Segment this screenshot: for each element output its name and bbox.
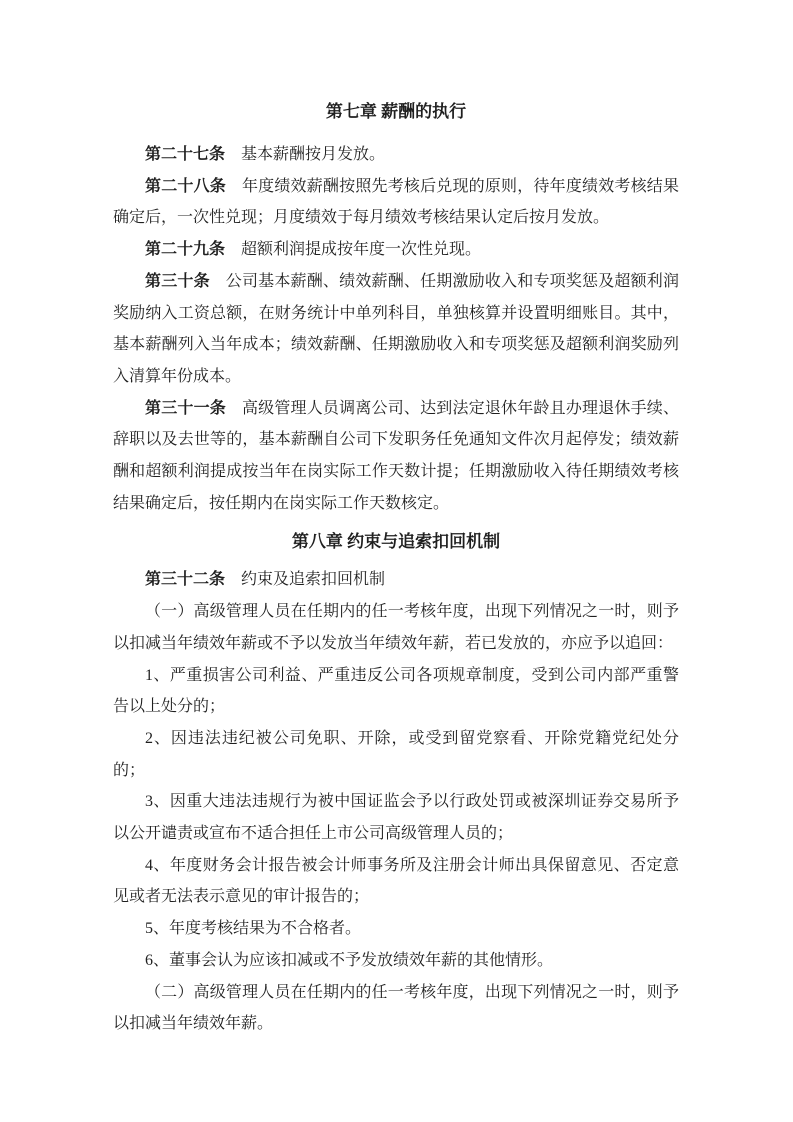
article-32-number: 第三十二条 bbox=[145, 571, 225, 588]
article-30: 第三十条公司基本薪酬、绩效薪酬、任期激励收入和专项奖惩及超额利润奖励纳入工资总额… bbox=[113, 266, 679, 393]
document-page: 第七章 薪酬的执行 第二十七条基本薪酬按月发放。 第二十八条年度绩效薪酬按照先考… bbox=[0, 0, 793, 1122]
clause-2-intro: （二）高级管理人员在任期内的任一考核年度，出现下列情况之一时，则予以扣减当年绩效… bbox=[113, 977, 679, 1040]
article-30-number: 第三十条 bbox=[145, 273, 210, 290]
clause-1-item-1: 1、严重损害公司利益、严重违反公司各项规章制度，受到公司内部严重警告以上处分的； bbox=[113, 660, 679, 723]
article-27-text: 基本薪酬按月发放。 bbox=[241, 146, 385, 163]
article-28: 第二十八条年度绩效薪酬按照先考核后兑现的原则，待年度绩效考核结果确定后，一次性兑… bbox=[113, 171, 679, 234]
article-31-number: 第三十一条 bbox=[145, 400, 226, 417]
chapter-7-heading: 第七章 薪酬的执行 bbox=[113, 96, 679, 128]
clause-1-item-6: 6、董事会认为应该扣减或不予发放绩效年薪的其他情形。 bbox=[113, 945, 679, 977]
article-31: 第三十一条高级管理人员调离公司、达到法定退休年龄且办理退休手续、辞职以及去世等的… bbox=[113, 393, 679, 520]
article-32: 第三十二条约束及追索扣回机制 bbox=[113, 564, 679, 596]
article-27-number: 第二十七条 bbox=[145, 146, 225, 163]
chapter-8-heading: 第八章 约束与追索扣回机制 bbox=[113, 526, 679, 558]
article-29: 第二十九条超额利润提成按年度一次性兑现。 bbox=[113, 234, 679, 266]
clause-1-item-4: 4、年度财务会计报告被会计师事务所及注册会计师出具保留意见、否定意见或者无法表示… bbox=[113, 850, 679, 913]
article-28-number: 第二十八条 bbox=[145, 178, 226, 195]
article-32-text: 约束及追索扣回机制 bbox=[241, 571, 385, 588]
clause-1-item-2: 2、因违法违纪被公司免职、开除，或受到留党察看、开除党籍党纪处分的； bbox=[113, 723, 679, 786]
article-29-number: 第二十九条 bbox=[145, 241, 225, 258]
article-27: 第二十七条基本薪酬按月发放。 bbox=[113, 139, 679, 171]
clause-1-intro: （一）高级管理人员在任期内的任一考核年度，出现下列情况之一时，则予以扣减当年绩效… bbox=[113, 596, 679, 659]
article-29-text: 超额利润提成按年度一次性兑现。 bbox=[241, 241, 481, 258]
clause-1-item-3: 3、因重大违法违规行为被中国证监会予以行政处罚或被深圳证券交易所予以公开谴责或宣… bbox=[113, 786, 679, 849]
clause-1-item-5: 5、年度考核结果为不合格者。 bbox=[113, 913, 679, 945]
